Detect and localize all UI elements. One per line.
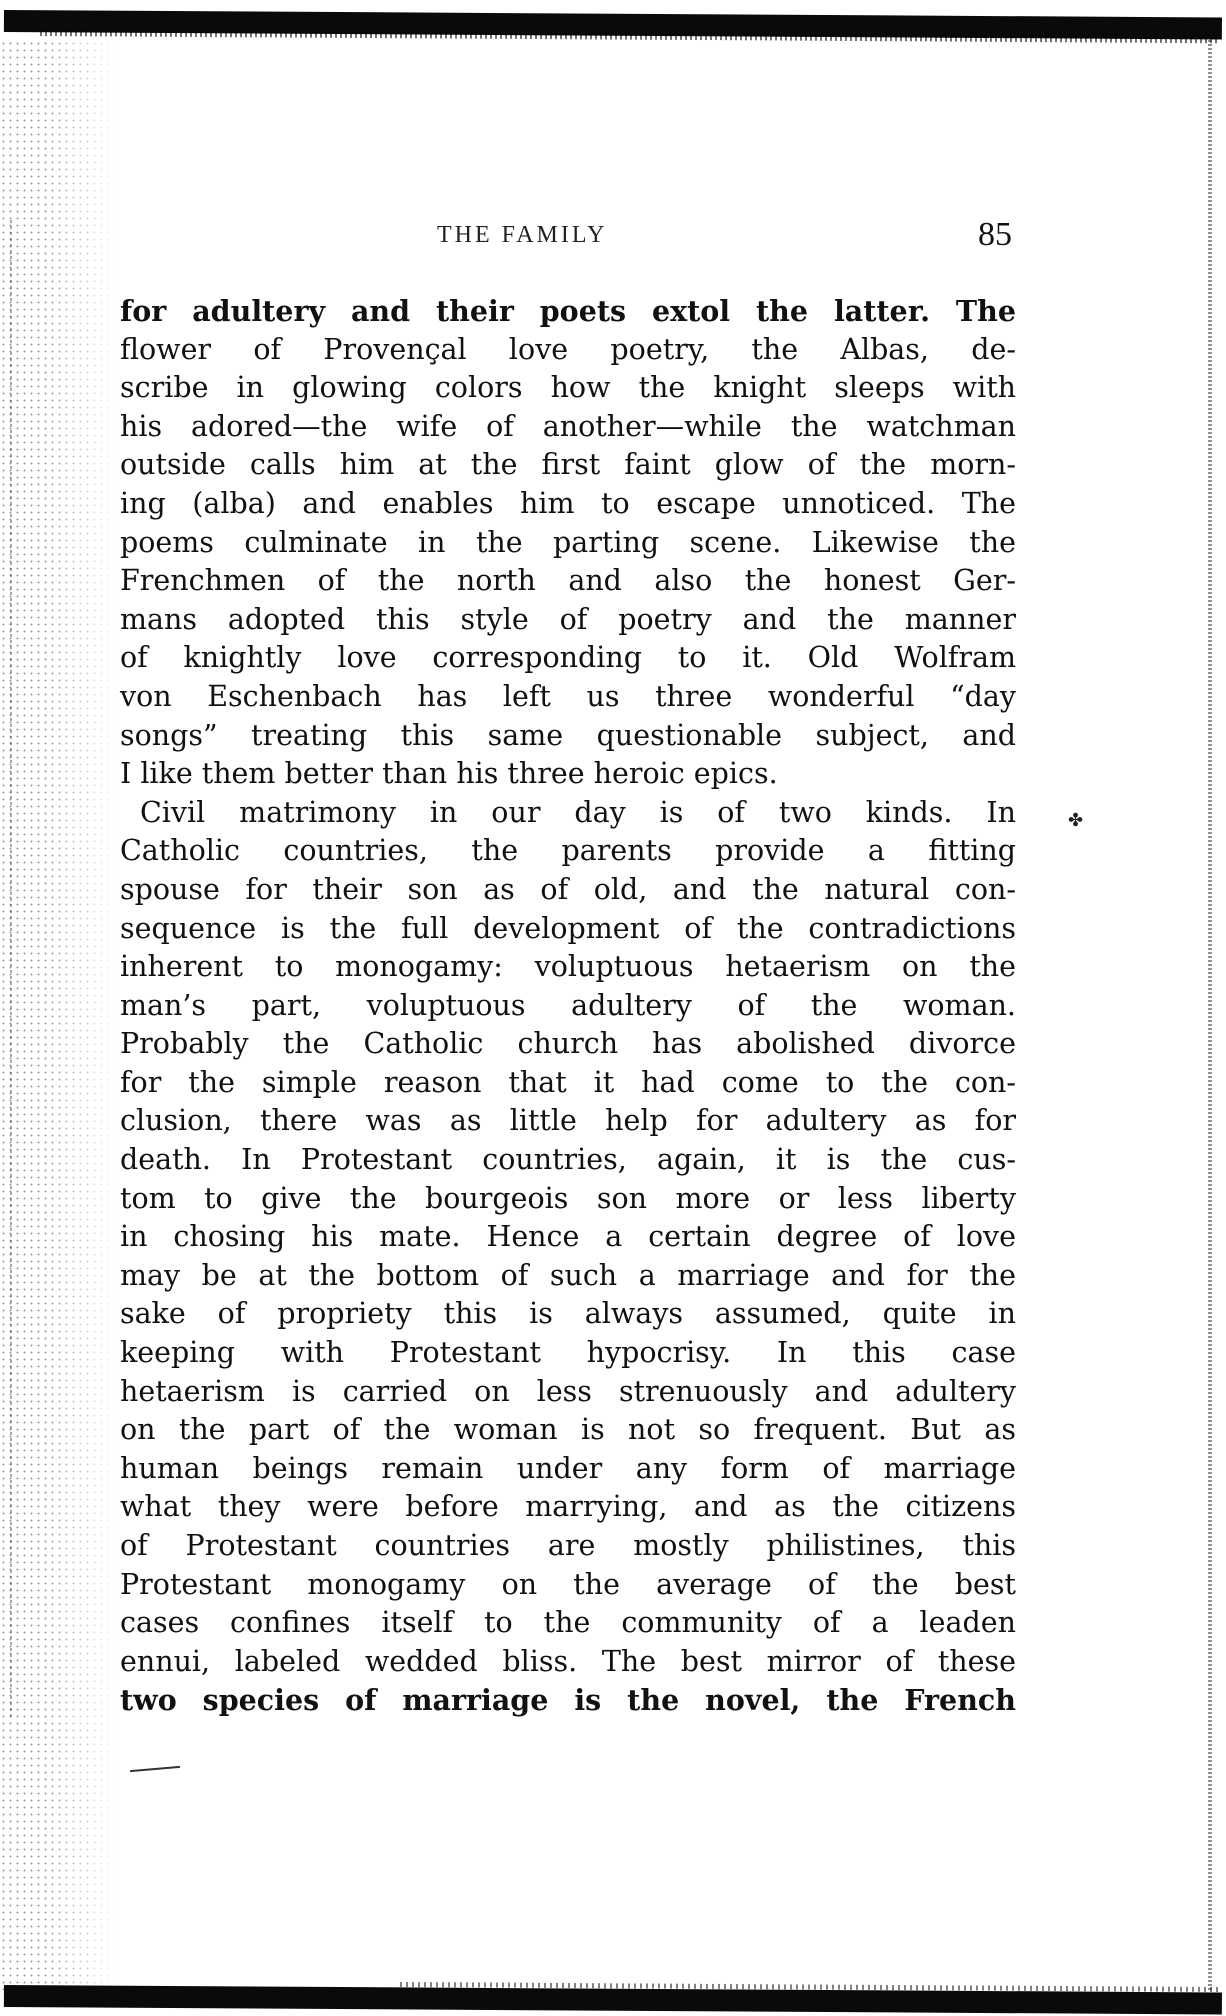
- margin-ornament-icon: ✤: [1068, 810, 1083, 831]
- text-line: sequence is the full development of the …: [120, 910, 1016, 949]
- running-head: THE FAMILY 85: [0, 222, 1226, 262]
- text-line: in chosing his mate. Hence a certain deg…: [120, 1218, 1016, 1257]
- text-line: songs” treating this same questionable s…: [120, 717, 1016, 756]
- text-line: man’s part, voluptuous adultery of the w…: [120, 987, 1016, 1026]
- text-line: flower of Provençal love poetry, the Alb…: [120, 331, 1016, 370]
- text-line: tom to give the bourgeois son more or le…: [120, 1180, 1016, 1219]
- text-line: inherent to monogamy: voluptuous hetaeri…: [120, 948, 1016, 987]
- text-line: sake of propriety this is always assumed…: [120, 1295, 1016, 1334]
- text-line: cases confines itself to the community o…: [120, 1604, 1016, 1643]
- text-line: ennui, labeled wedded bliss. The best mi…: [120, 1643, 1016, 1682]
- text-line: von Eschenbach has left us three wonderf…: [120, 678, 1016, 717]
- text-line: for adultery and their poets extol the l…: [120, 292, 1016, 331]
- text-line: Probably the Catholic church has abolish…: [120, 1025, 1016, 1064]
- text-line: what they were before marrying, and as t…: [120, 1488, 1016, 1527]
- text-line: spouse for their son as of old, and the …: [120, 871, 1016, 910]
- text-line: for the simple reason that it had come t…: [120, 1064, 1016, 1103]
- text-line: two species of marriage is the novel, th…: [120, 1681, 1016, 1720]
- text-line: of Protestant countries are mostly phili…: [120, 1527, 1016, 1566]
- text-line: Catholic countries, the parents provide …: [120, 832, 1016, 871]
- body-text: for adultery and their poets extol the l…: [120, 292, 1016, 1720]
- text-line: clusion, there was as little help for ad…: [120, 1102, 1016, 1141]
- scan-gutter-shading: [0, 40, 120, 1990]
- text-line: I like them better than his three heroic…: [120, 755, 1016, 794]
- scan-stray-mark: [130, 1766, 180, 1772]
- text-line: Protestant monogamy on the average of th…: [120, 1566, 1016, 1605]
- text-line: death. In Protestant countries, again, i…: [120, 1141, 1016, 1180]
- text-line: keeping with Protestant hypocrisy. In th…: [120, 1334, 1016, 1373]
- text-line: poems culminate in the parting scene. Li…: [120, 524, 1016, 563]
- text-line: Frenchmen of the north and also the hone…: [120, 562, 1016, 601]
- running-title: THE FAMILY: [437, 222, 607, 249]
- text-line: outside calls him at the first faint glo…: [120, 446, 1016, 485]
- page-number: 85: [978, 216, 1012, 254]
- text-line: human beings remain under any form of ma…: [120, 1450, 1016, 1489]
- text-line: on the part of the woman is not so frequ…: [120, 1411, 1016, 1450]
- text-line: ing (alba) and enables him to escape unn…: [120, 485, 1016, 524]
- text-line: of knightly love corresponding to it. Ol…: [120, 639, 1016, 678]
- scan-right-edge: [1208, 40, 1212, 1990]
- text-line: mans adopted this style of poetry and th…: [120, 601, 1016, 640]
- text-line: scribe in glowing colors how the knight …: [120, 369, 1016, 408]
- paragraph-start-line: Civil matrimony in our day is of two kin…: [120, 794, 1016, 833]
- text-line: his adored—the wife of another—while the…: [120, 408, 1016, 447]
- text-line: hetaerism is carried on less strenuously…: [120, 1373, 1016, 1412]
- text-line: may be at the bottom of such a marriage …: [120, 1257, 1016, 1296]
- scan-gutter-line: [10, 220, 12, 1720]
